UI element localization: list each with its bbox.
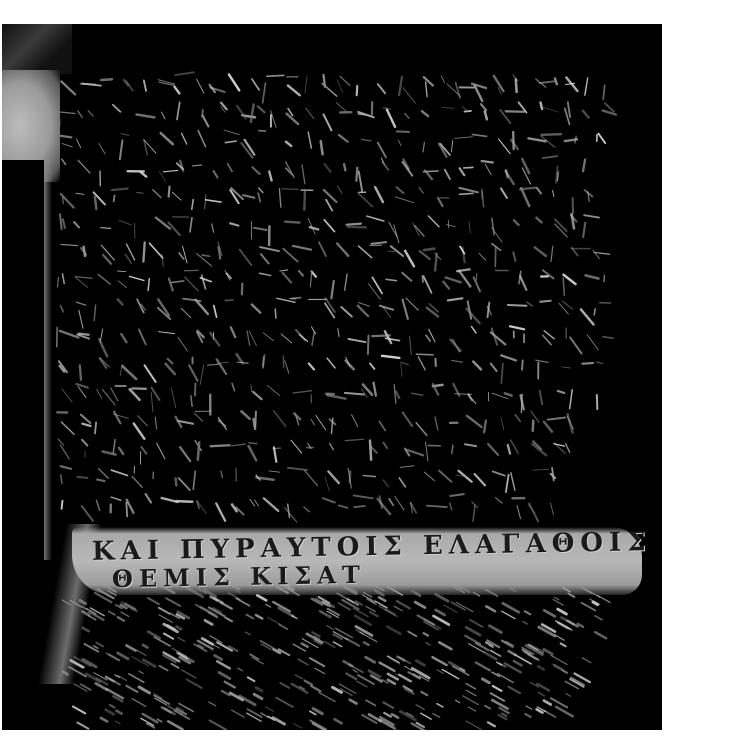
stone-texture xyxy=(2,24,662,730)
stone-corner xyxy=(2,24,72,74)
stone-left-edge xyxy=(44,160,52,560)
inscription-line-2: ΘΕΜΙΣ ΚΙΣΑΤ xyxy=(112,560,366,593)
left-shadow-bar xyxy=(2,160,44,730)
stone-photograph: ΚΑΙ ΠΥΡΑΥΤΟΙΣ ΕΛΑΓΑΘΟΙΣ ΘΕΜΙΣ ΚΙΣΑΤ xyxy=(2,24,662,730)
